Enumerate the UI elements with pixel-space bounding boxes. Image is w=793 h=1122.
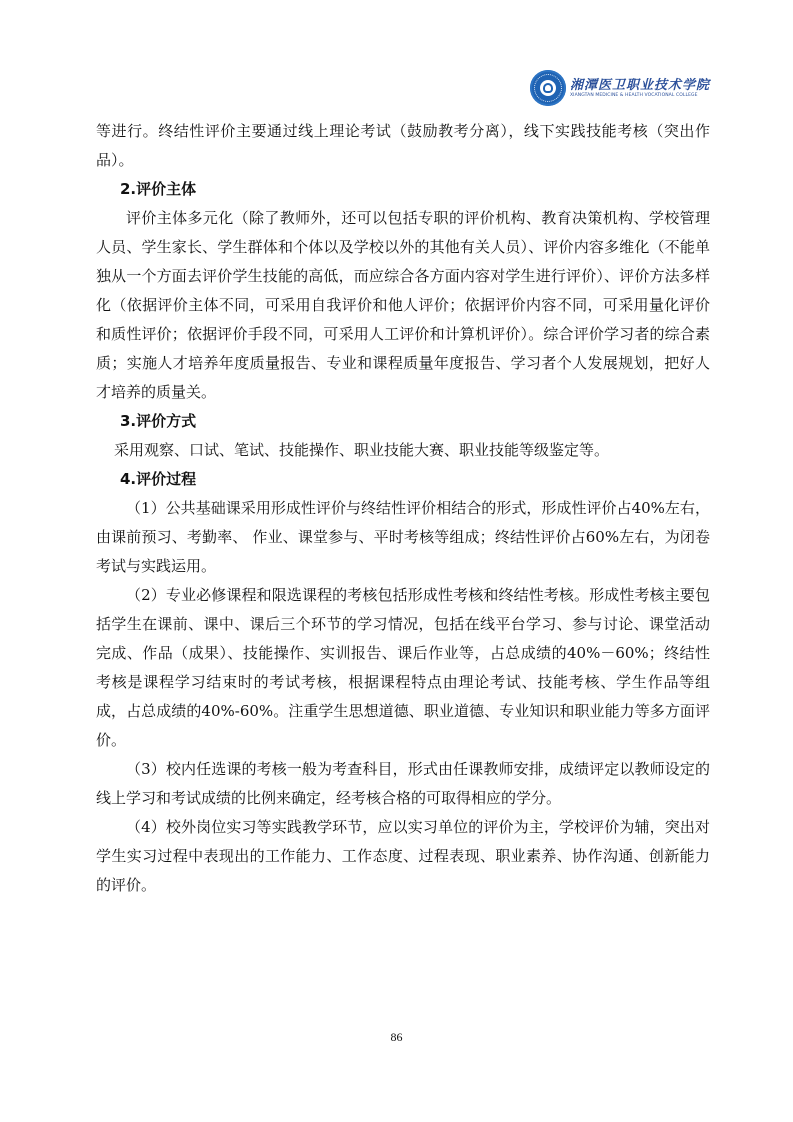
section-heading-evaluation-subject: 2.评价主体 xyxy=(96,175,710,204)
college-name: 湘潭医卫职业技术学院 XIANGTAN MEDICINE & HEALTH VO… xyxy=(570,78,710,99)
section-heading-evaluation-process: 4.评价过程 xyxy=(96,465,710,494)
paragraph-continuation: 等进行。终结性评价主要通过线上理论考试（鼓励教考分离），线下实践技能考核（突出作… xyxy=(96,117,710,175)
paragraph-evaluation-subject: 评价主体多元化（除了教师外，还可以包括专职的评价机构、教育决策机构、学校管理人员… xyxy=(96,204,710,407)
college-name-cn: 湘潭医卫职业技术学院 xyxy=(570,78,710,93)
paragraph-evaluation-method: 采用观察、口试、笔试、技能操作、职业技能大赛、职业技能等级鉴定等。 xyxy=(96,436,710,465)
section-heading-evaluation-method: 3.评价方式 xyxy=(96,407,710,436)
college-name-en: XIANGTAN MEDICINE & HEALTH VOCATIONAL CO… xyxy=(570,93,710,99)
paragraph-process-4: （4）校外岗位实习等实践教学环节，应以实习单位的评价为主，学校评价为辅，突出对学… xyxy=(96,813,710,900)
college-seal-icon xyxy=(530,70,566,106)
paragraph-process-3: （3）校内任选课的考核一般为考查科目，形式由任课教师安排，成绩评定以教师设定的线… xyxy=(96,755,710,813)
document-body: 等进行。终结性评价主要通过线上理论考试（鼓励教考分离），线下实践技能考核（突出作… xyxy=(96,117,710,900)
paragraph-process-1: （1）公共基础课采用形成性评价与终结性评价相结合的形式，形成性评价占40%左右，… xyxy=(96,494,710,581)
page-number: 86 xyxy=(0,1030,793,1045)
college-logo: 湘潭医卫职业技术学院 XIANGTAN MEDICINE & HEALTH VO… xyxy=(530,70,710,106)
paragraph-process-2: （2）专业必修课程和限选课程的考核包括形成性考核和终结性考核。形成性考核主要包括… xyxy=(96,581,710,755)
